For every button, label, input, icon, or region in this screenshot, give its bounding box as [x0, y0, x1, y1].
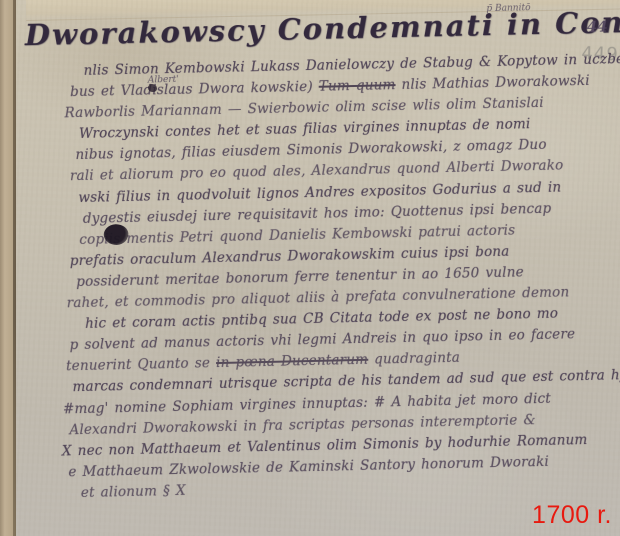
page-number-ink: 44 [587, 17, 608, 35]
line-text: bus et Vladislaus Dwora kowskie) [70, 79, 319, 100]
manuscript-photo: Dworakowscy Condemnati in Contã. p̃ Bann… [0, 0, 620, 536]
ink-blot-small [148, 84, 157, 92]
struck-through-text: Tum quum [319, 77, 396, 95]
date-annotation-1700: 1700 r. [532, 501, 612, 530]
title-superscript-annotation: p̃ Bannitō [486, 3, 530, 14]
line-text: nlis Mathias Dworakowski [395, 73, 590, 93]
manuscript-body: nlis Simon Kembowski Lukass Danielowczy … [69, 49, 619, 504]
handwritten-text-layer: Dworakowscy Condemnati in Contã. p̃ Bann… [0, 0, 620, 536]
struck-through-text: in pœna Ducentarum [216, 352, 368, 371]
line-text: tenuerint Quanto se [66, 355, 216, 374]
line-text: quadraginta [368, 350, 460, 368]
